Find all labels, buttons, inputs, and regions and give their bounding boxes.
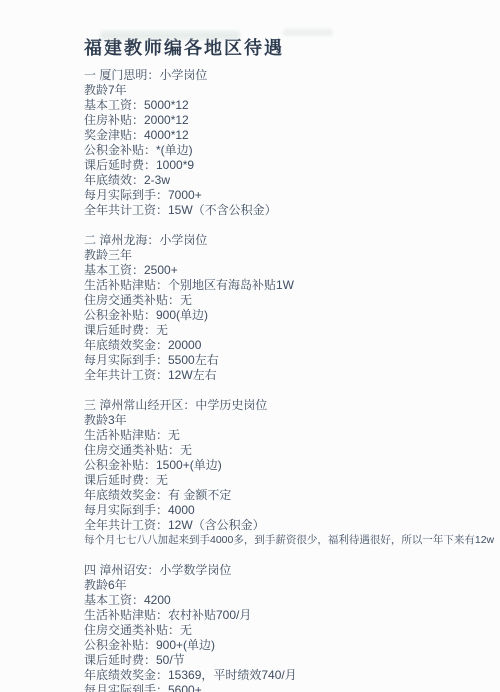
detail-line: 每月实际到手：7000+ [84, 188, 492, 203]
detail-line: 每月实际到手：4000 [84, 503, 492, 518]
detail-line: 教龄3年 [84, 413, 492, 428]
detail-line: 基本工资：4200 [84, 593, 492, 608]
detail-line: 基本工资：5000*12 [84, 98, 492, 113]
detail-line: 生活补贴津贴：无 [84, 428, 492, 443]
detail-line: 公积金补贴：900+(单边) [84, 638, 492, 653]
detail-line: 教龄7年 [84, 83, 492, 98]
detail-line: 生活补贴津贴：个别地区有海岛补贴1W [84, 278, 492, 293]
detail-line: 全年共计工资：15W（不含公积金） [84, 203, 492, 218]
detail-line: 基本工资：2500+ [84, 263, 492, 278]
detail-line: 每月实际到手：5500左右 [84, 353, 492, 368]
salary-section-3: 三 漳州常山经开区：中学历史岗位教龄3年生活补贴津贴：无住房交通类补贴：无公积金… [84, 398, 492, 548]
watermark-ghost [283, 29, 333, 36]
detail-line: 教龄6年 [84, 578, 492, 593]
detail-line: 年底绩效奖金：有 金额不定 [84, 488, 492, 503]
salary-section-4: 四 漳州诏安：小学数学岗位教龄6年基本工资：4200生活补贴津贴：农村补贴700… [84, 563, 492, 692]
sections-container: 一 厦门思明：小学岗位教龄7年基本工资：5000*12住房补贴：2000*12奖… [84, 68, 492, 692]
detail-line: 年底绩效：2-3w [84, 173, 492, 188]
detail-line: 住房交通类补贴：无 [84, 293, 492, 308]
detail-line: 住房交通类补贴：无 [84, 623, 492, 638]
detail-line: 公积金补贴：*(单边) [84, 143, 492, 158]
salary-section-2: 二 漳州龙海：小学岗位教龄三年基本工资：2500+生活补贴津贴：个别地区有海岛补… [84, 233, 492, 383]
document: 福建教师编各地区待遇 一 厦门思明：小学岗位教龄7年基本工资：5000*12住房… [0, 0, 500, 692]
detail-line: 全年共计工资：12W（含公积金） [84, 518, 492, 533]
detail-line: 年底绩效奖金：15369，平时绩效740/月 [84, 668, 492, 683]
detail-line: 公积金补贴：1500+(单边) [84, 458, 492, 473]
detail-line: 全年共计工资：12W左右 [84, 368, 492, 383]
detail-line: 每月实际到手：5600+ [84, 683, 492, 692]
detail-line: 课后延时费：无 [84, 473, 492, 488]
detail-line: 公积金补贴：900(单边) [84, 308, 492, 323]
detail-line: 教龄三年 [84, 248, 492, 263]
page-title: 福建教师编各地区待遇 [84, 36, 492, 60]
detail-line: 生活补贴津贴：农村补贴700/月 [84, 608, 492, 623]
detail-line: 课后延时费：50/节 [84, 653, 492, 668]
detail-line: 课后延时费：1000*9 [84, 158, 492, 173]
section-heading: 四 漳州诏安：小学数学岗位 [84, 563, 492, 578]
detail-line: 奖金津贴：4000*12 [84, 128, 492, 143]
salary-section-1: 一 厦门思明：小学岗位教龄7年基本工资：5000*12住房补贴：2000*12奖… [84, 68, 492, 218]
detail-line: 年底绩效奖金：20000 [84, 338, 492, 353]
detail-line: 课后延时费：无 [84, 323, 492, 338]
section-heading: 二 漳州龙海：小学岗位 [84, 233, 492, 248]
note-line: 每个月七七八八加起来到手4000多，到手薪资很少，福利待遇很好，所以一年下来有1… [84, 533, 492, 548]
section-heading: 三 漳州常山经开区：中学历史岗位 [84, 398, 492, 413]
detail-line: 住房交通类补贴：无 [84, 443, 492, 458]
detail-line: 住房补贴：2000*12 [84, 113, 492, 128]
section-heading: 一 厦门思明：小学岗位 [84, 68, 492, 83]
